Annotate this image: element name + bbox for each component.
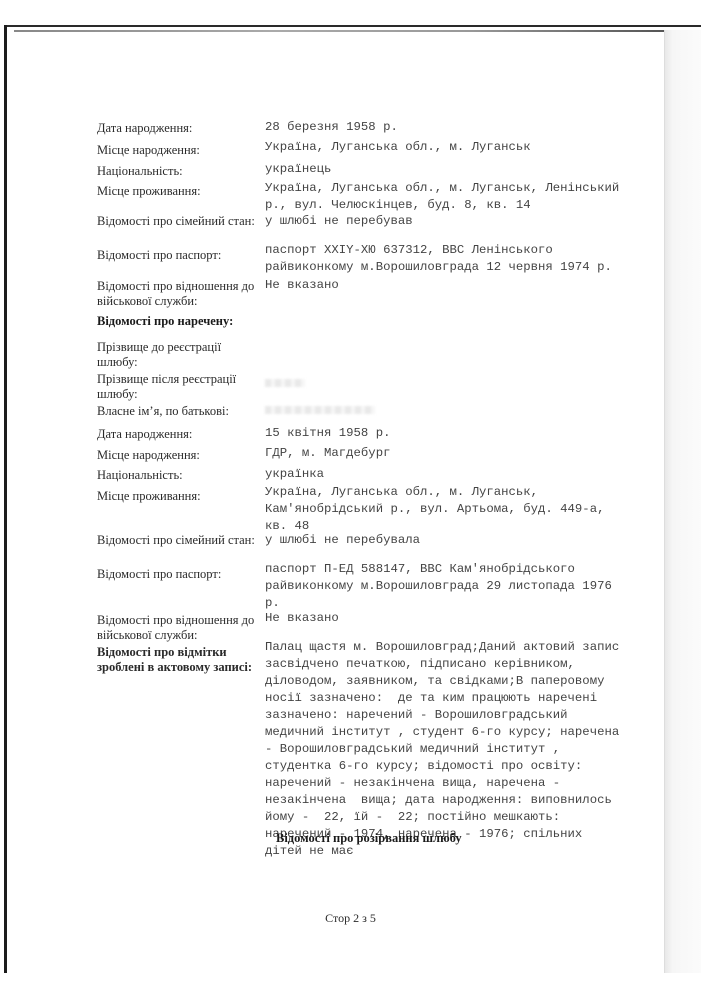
field-value: Не вказано: [265, 277, 655, 294]
bride-section-title: Відомості про наречену:: [97, 314, 233, 329]
field-value: Палац щастя м. Ворошиловград;Даний актов…: [265, 639, 655, 860]
field-label: Відомості про паспорт:: [97, 567, 257, 582]
field-value: у шлюбі не перебувала: [265, 532, 655, 549]
field-value: українець: [265, 161, 655, 178]
field-value: Україна, Луганська обл., м. Луганськ, Ле…: [265, 180, 655, 214]
field-label: Місце народження:: [97, 143, 257, 158]
field-value: паспорт П-ЕД 588147, ВВС Кам'янобрідсько…: [265, 561, 655, 612]
scan-page-edge-right: [664, 30, 701, 973]
field-value: українка: [265, 466, 655, 483]
field-value: у шлюбі не перебував: [265, 213, 655, 230]
field-label: Місце проживання:: [97, 184, 257, 199]
field-value: Україна, Луганська обл., м. Луганськ, Ка…: [265, 484, 655, 535]
field-label: Відомості про сімейний стан:: [97, 533, 257, 548]
field-label: Відомості про відмітки зроблені в актово…: [97, 645, 257, 675]
field-label: Дата народження:: [97, 427, 257, 442]
field-value: 15 квітня 1958 р.: [265, 425, 655, 442]
field-label: Відомості про відношення до військової с…: [97, 279, 257, 309]
field-value: ГДР, м. Магдебург: [265, 445, 655, 462]
field-label: Відомості про відношення до військової с…: [97, 613, 257, 643]
redacted-name: [265, 406, 375, 414]
field-label: Дата народження:: [97, 121, 257, 136]
divorce-section-title: Відомості про розірвання шлюбу: [276, 831, 462, 846]
field-label: Національність:: [97, 468, 257, 483]
scan-border-top: [4, 25, 701, 27]
redacted-surname: [265, 379, 305, 387]
field-label: Прізвище до реєстрації шлюбу:: [97, 340, 257, 370]
field-label: Відомості про сімейний стан:: [97, 214, 257, 229]
field-value: 28 березня 1958 р.: [265, 119, 655, 136]
field-label: Національність:: [97, 164, 257, 179]
field-label: Прізвище після реєстрації шлюбу:: [97, 372, 257, 402]
page-number: Стор 2 з 5: [0, 911, 701, 926]
field-value: Україна, Луганська обл., м. Луганськ: [265, 139, 655, 156]
scan-border-left: [4, 25, 7, 973]
page-top-rule: [14, 30, 664, 32]
field-label: Власне ім’я, по батькові:: [97, 404, 257, 419]
field-value: Не вказано: [265, 610, 655, 627]
field-label: Відомості про паспорт:: [97, 248, 257, 263]
field-value: паспорт XXIY-ХЮ 637312, ВВС Ленінського …: [265, 242, 655, 276]
field-label: Місце проживання:: [97, 489, 257, 504]
field-label: Місце народження:: [97, 448, 257, 463]
